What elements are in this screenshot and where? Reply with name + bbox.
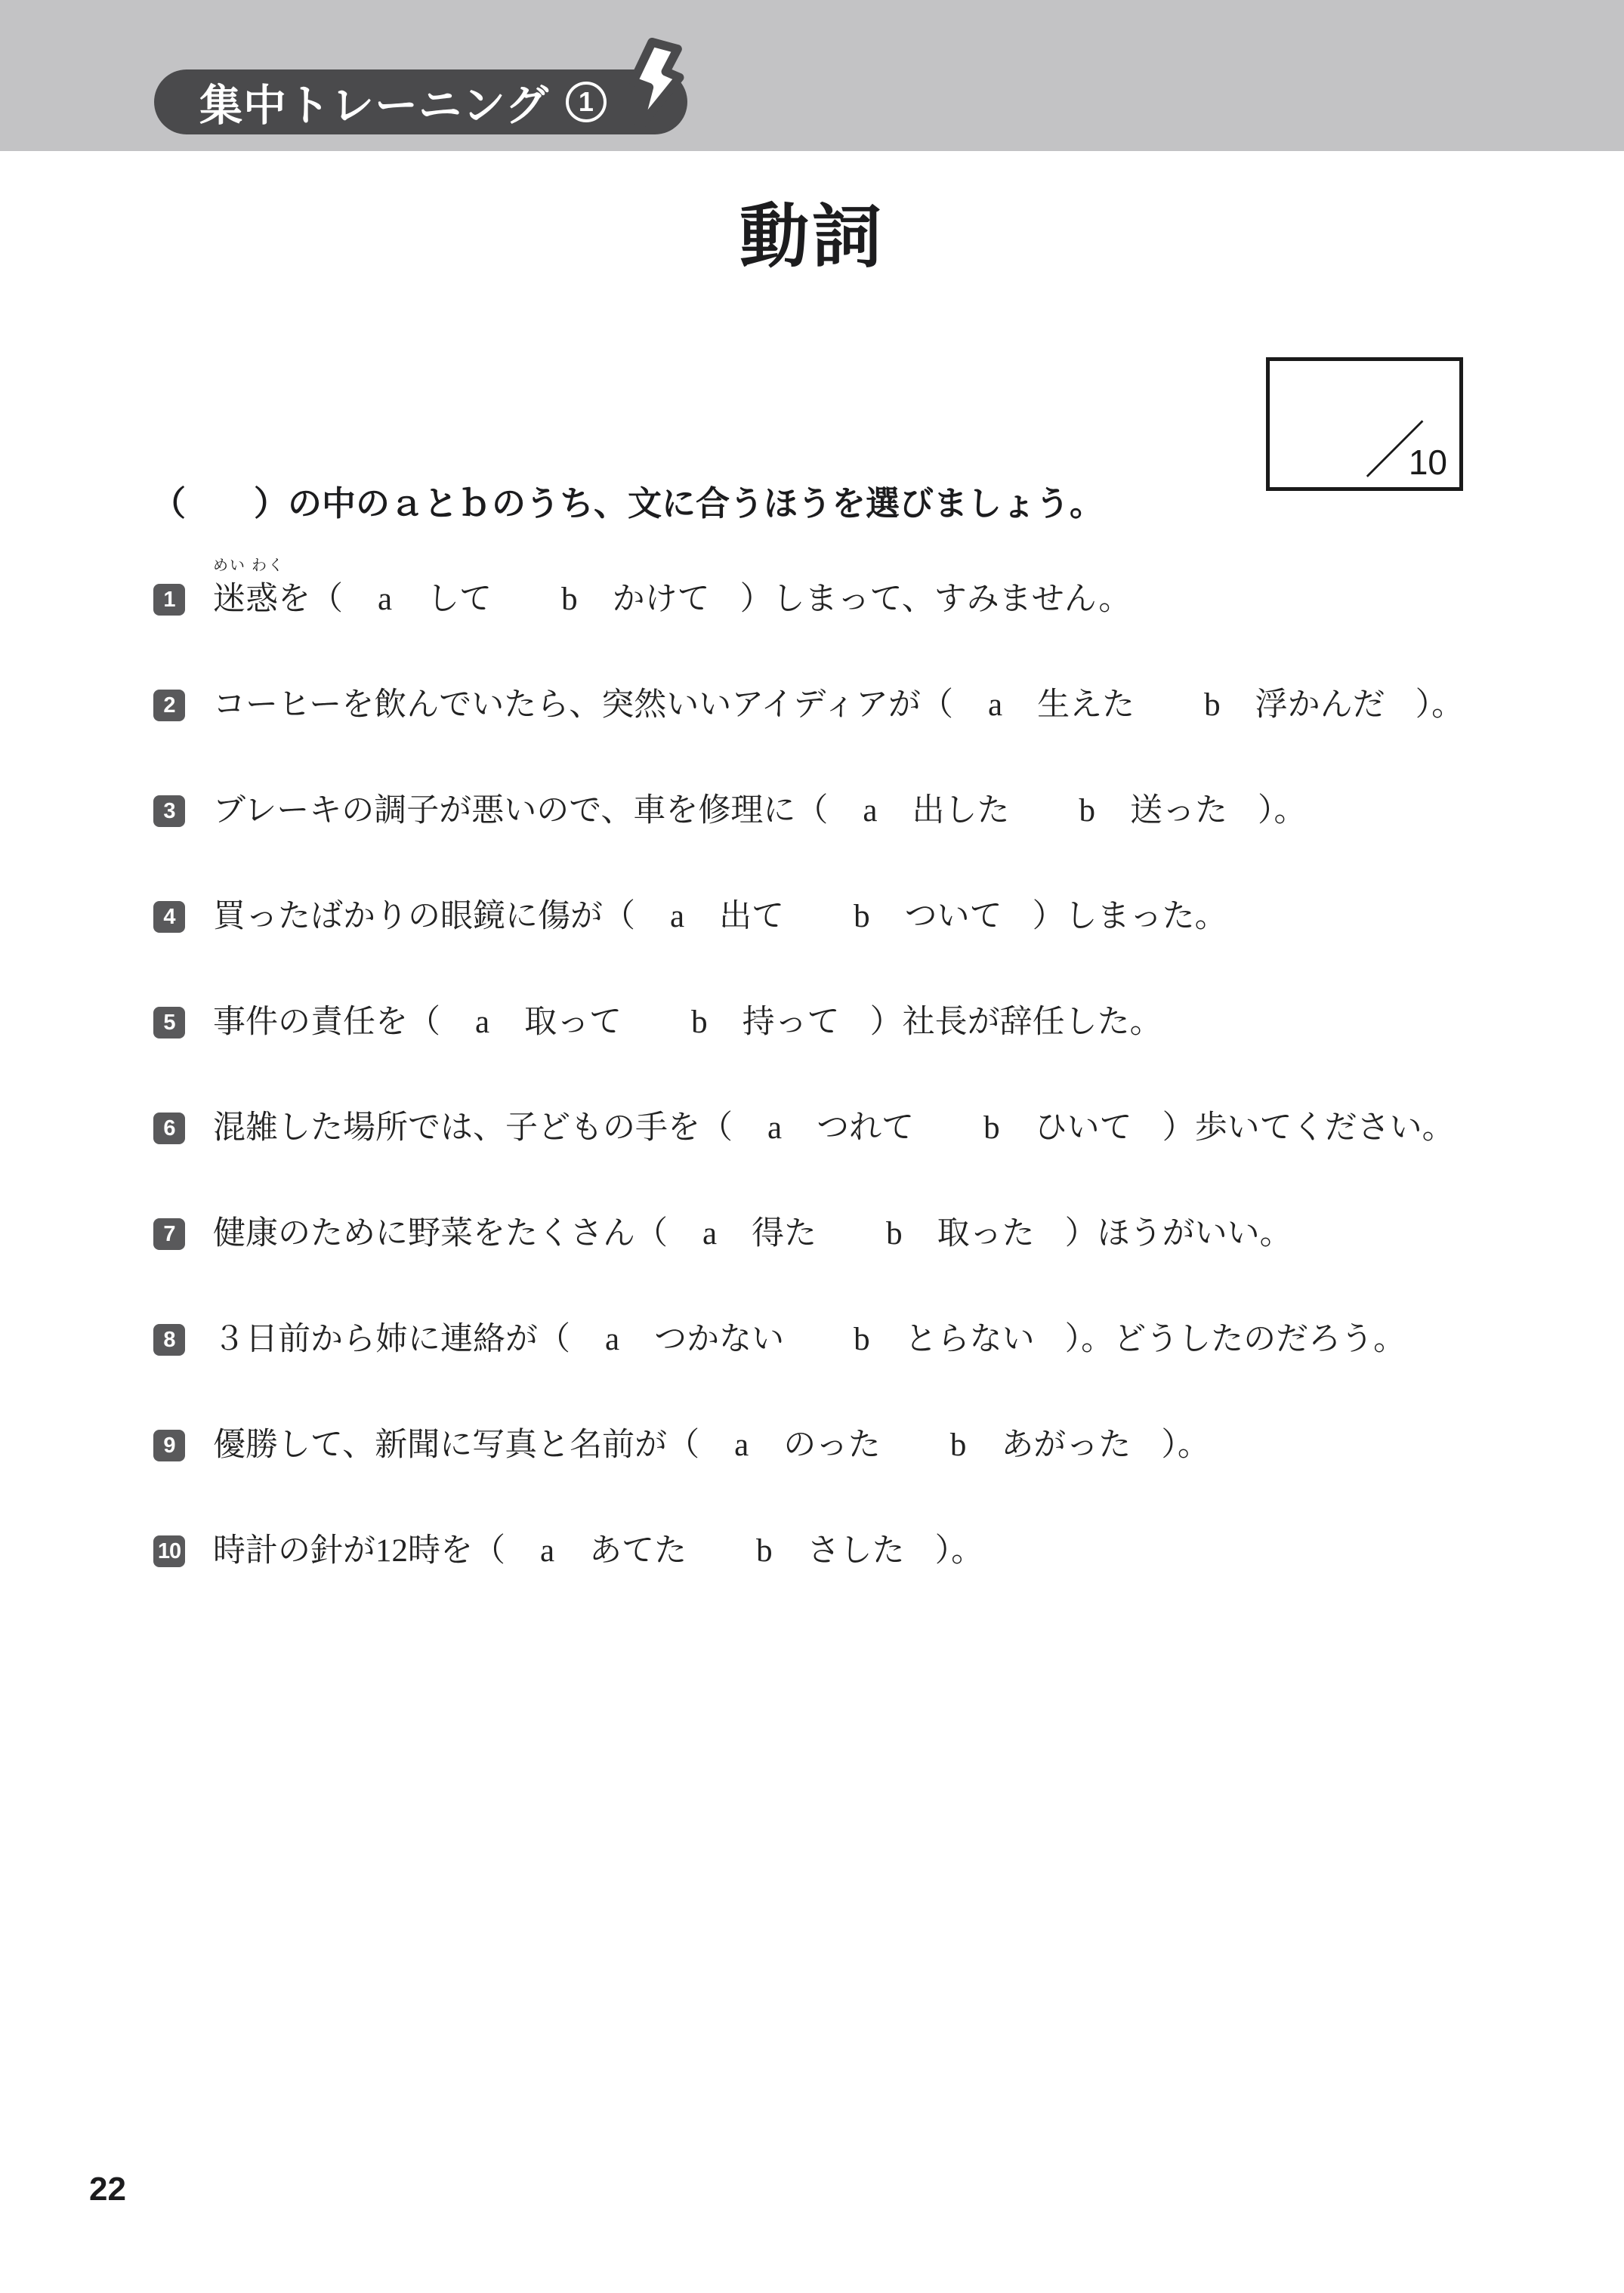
question-row: 7健康のために野菜をたくさん（a得たb取った）ほうがいい。 [153,1181,1594,1287]
option-b-label: b [983,1110,1000,1146]
paren-open: （ [635,1216,668,1251]
option-b-label: b [561,582,578,617]
question-row: 9優勝して、新聞に写真と名前が（aのったbあがった）。 [153,1393,1594,1498]
question-pre-text: ブレーキの調子が悪いので、車を修理に [213,793,795,829]
question-text: コーヒーを飲んでいたら、突然いいアイディアが（a生えたb浮かんだ）。 [213,685,1464,726]
option-b-text: かけて [613,582,710,617]
paren-close: ） [935,1533,952,1569]
question-number-badge: 6 [153,1113,185,1144]
question-row: 3ブレーキの調子が悪いので、車を修理に（a出したb送った）。 [153,758,1594,864]
option-a-text: 出した [912,793,1010,829]
question-number-badge: 1 [153,584,185,616]
question-row: 5事件の責任を（a取ってb持って）社長が辞任した。 [153,970,1594,1076]
paren-close: ） [1065,1216,1098,1251]
paren-open: （ [310,582,343,617]
option-b-text: さした [807,1533,905,1569]
question-text: ３日前から姉に連絡が（aつかないbとらない）。どうしたのだろう。 [213,1319,1406,1360]
option-a-text: のった [783,1427,881,1463]
question-text: ブレーキの調子が悪いので、車を修理に（a出したb送った）。 [213,791,1307,832]
option-a-text: 出て [719,899,784,934]
question-row: 6混雑した場所では、子どもの手を（aつれてbひいて）歩いてください。 [153,1076,1594,1181]
option-a-text: 生えた [1037,687,1135,723]
score-total: 10 [1409,442,1447,483]
question-post-text: 社長が辞任した。 [903,1005,1162,1040]
option-a-text: 得た [752,1216,817,1251]
question-pre-text: コーヒーを飲んでいたら、突然いいアイディアが [213,687,921,723]
paren-open: （ [795,793,828,829]
section-number: 1 [579,86,594,118]
question-text: 優勝して、新聞に写真と名前が（aのったbあがった）。 [213,1425,1210,1466]
option-b-label: b [886,1216,903,1251]
option-a-text: つかない [654,1322,784,1357]
paren-close: ） [1065,1322,1082,1357]
question-row: 4買ったばかりの眼鏡に傷が（a出てbついて）しまった。 [153,864,1594,970]
question-post-text: 。 [1274,793,1307,829]
option-b-label: b [1204,687,1221,723]
option-b-text: あがった [1001,1427,1131,1463]
question-post-text: 。 [1178,1427,1210,1463]
option-a-label: a [863,793,877,829]
question-text: 買ったばかりの眼鏡に傷が（a出てbついて）しまった。 [213,897,1227,937]
section-badge: 集中トレーニング 1 [154,69,687,134]
question-text: めい わく迷惑を（aしてbかけて）しまって、すみません。 [213,579,1131,620]
option-a-label: a [378,582,392,617]
option-a-label: a [540,1533,554,1569]
paren-open: （ [667,1427,699,1463]
question-text: 時計の針が12時を（aあてたbさした）。 [213,1531,983,1572]
section-badge-label: 集中トレーニング [199,71,549,133]
option-b-label: b [1079,793,1096,829]
option-a-text: あてた [589,1533,687,1569]
question-row: 10時計の針が12時を（aあてたbさした）。 [153,1498,1594,1604]
question-pre-text: 混雑した場所では、子どもの手を [213,1110,700,1146]
option-a-label: a [988,687,1002,723]
option-b-label: b [950,1427,967,1463]
option-a-text: して [427,582,492,617]
option-b-label: b [756,1533,773,1569]
paren-open: （ [921,687,953,723]
score-box: 10 [1266,357,1463,491]
option-b-text: ついて [905,899,1002,934]
question-number-badge: 2 [153,690,185,721]
question-pre-text: ３日前から姉に連絡が [213,1322,538,1357]
option-a-label: a [767,1110,782,1146]
question-pre-text: 事件の責任を [213,1005,408,1040]
paren-open: （ [538,1322,570,1357]
paren-open: （ [603,899,635,934]
question-post-text: しまった。 [1065,899,1227,934]
option-b-text: 持って [743,1005,840,1040]
instruction-text: （ ）の中のａとｂのうち、文に合うほうを選びましょう。 [152,476,1104,525]
question-number-badge: 10 [153,1535,185,1567]
page-number: 22 [89,2171,126,2208]
question-post-text: ほうがいい。 [1098,1216,1292,1251]
question-pre-text: 買ったばかりの眼鏡に傷が [213,899,603,934]
question-number-badge: 3 [153,795,185,827]
question-list: 1めい わく迷惑を（aしてbかけて）しまって、すみません。2コーヒーを飲んでいた… [153,547,1594,1604]
question-number-badge: 7 [153,1218,185,1250]
paren-open: （ [473,1533,505,1569]
page-title: 動詞 [0,181,1624,281]
paren-open: （ [700,1110,733,1146]
option-b-label: b [854,1322,870,1357]
question-post-text: 。 [951,1533,983,1569]
question-row: 1めい わく迷惑を（aしてbかけて）しまって、すみません。 [153,547,1594,653]
question-post-text: 歩いてください。 [1195,1110,1455,1146]
option-a-label: a [605,1322,619,1357]
paren-close: ） [1162,1110,1195,1146]
option-b-text: 送った [1130,793,1227,829]
question-text: 事件の責任を（a取ってb持って）社長が辞任した。 [213,1002,1162,1043]
worksheet-page: 集中トレーニング 1 動詞 10 （ ）の中のａとｂのうち、文に合うほうを選びま… [0,0,1624,2293]
question-row: 2コーヒーを飲んでいたら、突然いいアイディアが（a生えたb浮かんだ）。 [153,653,1594,758]
option-a-label: a [670,899,684,934]
question-post-text: 。 [1431,687,1464,723]
question-text: 混雑した場所では、子どもの手を（aつれてbひいて）歩いてください。 [213,1108,1455,1149]
question-number-badge: 4 [153,901,185,933]
question-row: 8３日前から姉に連絡が（aつかないbとらない）。どうしたのだろう。 [153,1287,1594,1393]
question-post-text: しまって、すみません。 [773,582,1132,617]
lightning-icon [627,36,689,134]
paren-close: ） [1161,1427,1178,1463]
option-b-text: 取った [937,1216,1035,1251]
paren-open: （ [408,1005,440,1040]
question-text: 健康のために野菜をたくさん（a得たb取った）ほうがいい。 [213,1214,1292,1255]
question-number-badge: 8 [153,1324,185,1356]
option-b-label: b [691,1005,708,1040]
option-a-text: 取って [524,1005,622,1040]
paren-close: ） [1033,899,1065,934]
paren-close: ） [870,1005,903,1040]
option-b-text: 浮かんだ [1255,687,1385,723]
option-b-label: b [854,899,870,934]
question-number-badge: 9 [153,1430,185,1461]
question-pre-text: 健康のために野菜をたくさん [213,1216,635,1251]
option-b-text: ひいて [1035,1110,1132,1146]
ruby-base-text: 迷惑 [213,582,278,617]
ruby-word: めい わく迷惑 [213,579,278,620]
option-a-label: a [475,1005,489,1040]
option-b-text: とらない [905,1322,1035,1357]
question-number-badge: 5 [153,1007,185,1038]
question-pre-text: 優勝して、新聞に写真と名前が [213,1427,667,1463]
option-a-label: a [734,1427,749,1463]
paren-close: ） [1258,793,1274,829]
paren-close: ） [1416,687,1432,723]
question-post-text: 。どうしたのだろう。 [1081,1322,1406,1357]
section-number-circle: 1 [566,82,607,122]
option-a-label: a [702,1216,717,1251]
question-pre-text: を [278,582,310,617]
option-a-text: つれて [817,1110,914,1146]
furigana: めい わく [213,557,278,576]
header-band: 集中トレーニング 1 [0,0,1624,151]
paren-close: ） [740,582,773,617]
question-pre-text: 時計の針が12時を [213,1533,473,1569]
